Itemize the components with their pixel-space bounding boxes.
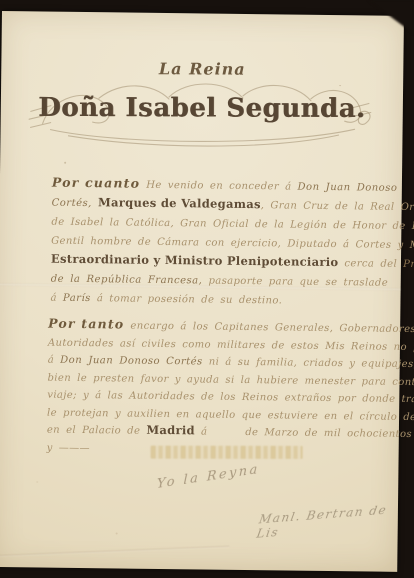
document-paper: La Reina Doña Isabel Segunda. Por cuanto… xyxy=(0,11,404,572)
paragraph-1: Por cuanto He venido en conceder á Don J… xyxy=(50,172,396,309)
paper-corner-shadow xyxy=(368,0,414,34)
paper-age-specks xyxy=(2,11,404,16)
photo-backdrop: La Reina Doña Isabel Segunda. Por cuanto… xyxy=(0,0,414,578)
queen-signature: Yo la Reyna xyxy=(157,462,260,492)
gilt-stamp xyxy=(151,446,303,459)
royal-title: Doña Isabel Segunda. xyxy=(1,93,403,124)
manuscript-line: en el Palacio de Madrid á de Marzo de mi… xyxy=(47,418,395,440)
minister-signature: Manl. Bertran de Lis xyxy=(256,502,400,541)
paragraph-2: Por tanto encargo á los Capitanes Genera… xyxy=(47,313,397,457)
fold-crease-diagonal xyxy=(0,546,229,558)
